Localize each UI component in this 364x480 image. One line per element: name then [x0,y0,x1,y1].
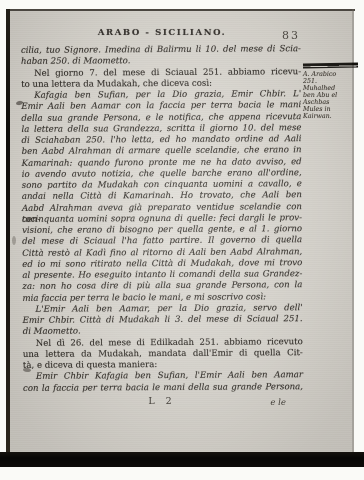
margin-note-line: 251. [303,78,361,85]
margin-note-rule [303,63,358,69]
page-surface: ARABO - SICILIANO. 83 cilia, tuo Signore… [10,11,352,452]
margin-note-line: A. Arabico [303,71,361,78]
scan-border-bottom [0,452,364,467]
margin-note: A. Arabico251.Muhalhedben Abu elAschbasM… [303,63,361,120]
text-line: con la faccia per terra bacia le mani de… [23,382,303,395]
page-number: 83 [282,29,300,42]
ink-smudge [12,236,16,245]
catchword: e le [270,398,286,408]
page-header: ARABO - SICILIANO. 83 [22,28,302,42]
scanned-book-page: ARABO - SICILIANO. 83 cilia, tuo Signore… [0,0,364,480]
margin-note-line: Mules in [303,106,361,113]
margin-note-line: Kairwan. [303,113,361,120]
text-line: Nel giorno 7. del mese di Sciaual 251. a… [21,67,301,80]
page-footer: L 2 e le [22,396,302,408]
text-line: cilia, tuo Signore. Imedina di Balirmu l… [21,44,301,57]
margin-note-lines: A. Arabico251.Muhalhedben Abu elAschbasM… [303,71,361,120]
margin-note-line: ben Abu el [303,92,361,99]
margin-note-line: Muhalhed [303,85,361,92]
text-line: Emir Chbir. Città di Mudakah li 3. del m… [23,314,303,327]
signature-mark: L 2 [22,396,302,407]
body-text: cilia, tuo Signore. Imedina di Balirmu l… [21,44,303,394]
running-title: ARABO - SICILIANO. [22,28,302,38]
margin-note-line: Aschbas [303,99,361,106]
text-line: una lettera da Mudakah, mandata dall'Emi… [23,348,303,361]
